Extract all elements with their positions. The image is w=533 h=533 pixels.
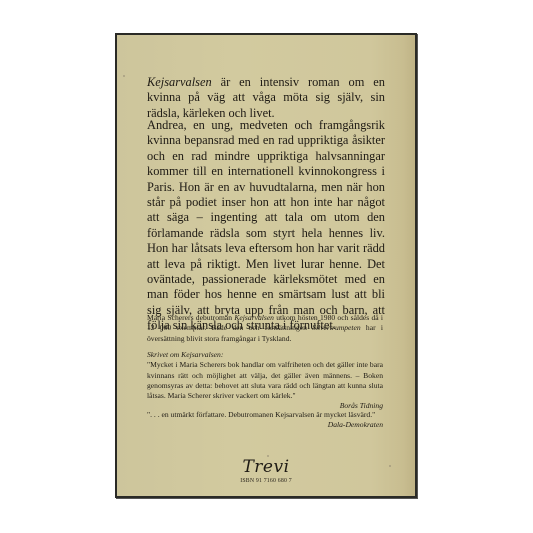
paper-speck bbox=[389, 465, 391, 467]
review-block-2: ". . . en utmärkt författare. Debutroman… bbox=[147, 410, 383, 431]
book-title-italic: Kejsarvalsen bbox=[147, 75, 212, 89]
author-note-title: Kejsarvalsen bbox=[234, 313, 274, 322]
author-note: Maria Scherers debutroman Kejsarvalsen u… bbox=[147, 313, 383, 344]
blurb-intro: Kejsarvalsen är en intensiv roman om en … bbox=[147, 75, 385, 121]
author-note-title: Silvertrumpeten bbox=[312, 323, 361, 332]
review-quote: ". . . en utmärkt författare. Debutroman… bbox=[147, 410, 375, 419]
review-quote: "Mycket i Maria Scherers bok handlar om … bbox=[147, 360, 383, 400]
author-note-text: Maria Scherers debutroman bbox=[147, 313, 234, 322]
publisher-logo: Trevi bbox=[117, 457, 415, 477]
isbn-text: ISBN 91 7160 680 7 bbox=[117, 478, 415, 484]
paper-speck bbox=[267, 455, 269, 457]
blurb-paragraph: Andrea, en ung, medveten och framgångsri… bbox=[147, 118, 385, 334]
paper-speck bbox=[123, 75, 125, 77]
reviews-heading: Skrivet om Kejsarvalsen: bbox=[147, 350, 383, 360]
review-block-1: Skrivet om Kejsarvalsen: "Mycket i Maria… bbox=[147, 350, 383, 412]
book-back-cover: Kejsarvalsen är en intensiv roman om en … bbox=[115, 33, 417, 498]
review-source: Dala-Demokraten bbox=[147, 420, 383, 430]
